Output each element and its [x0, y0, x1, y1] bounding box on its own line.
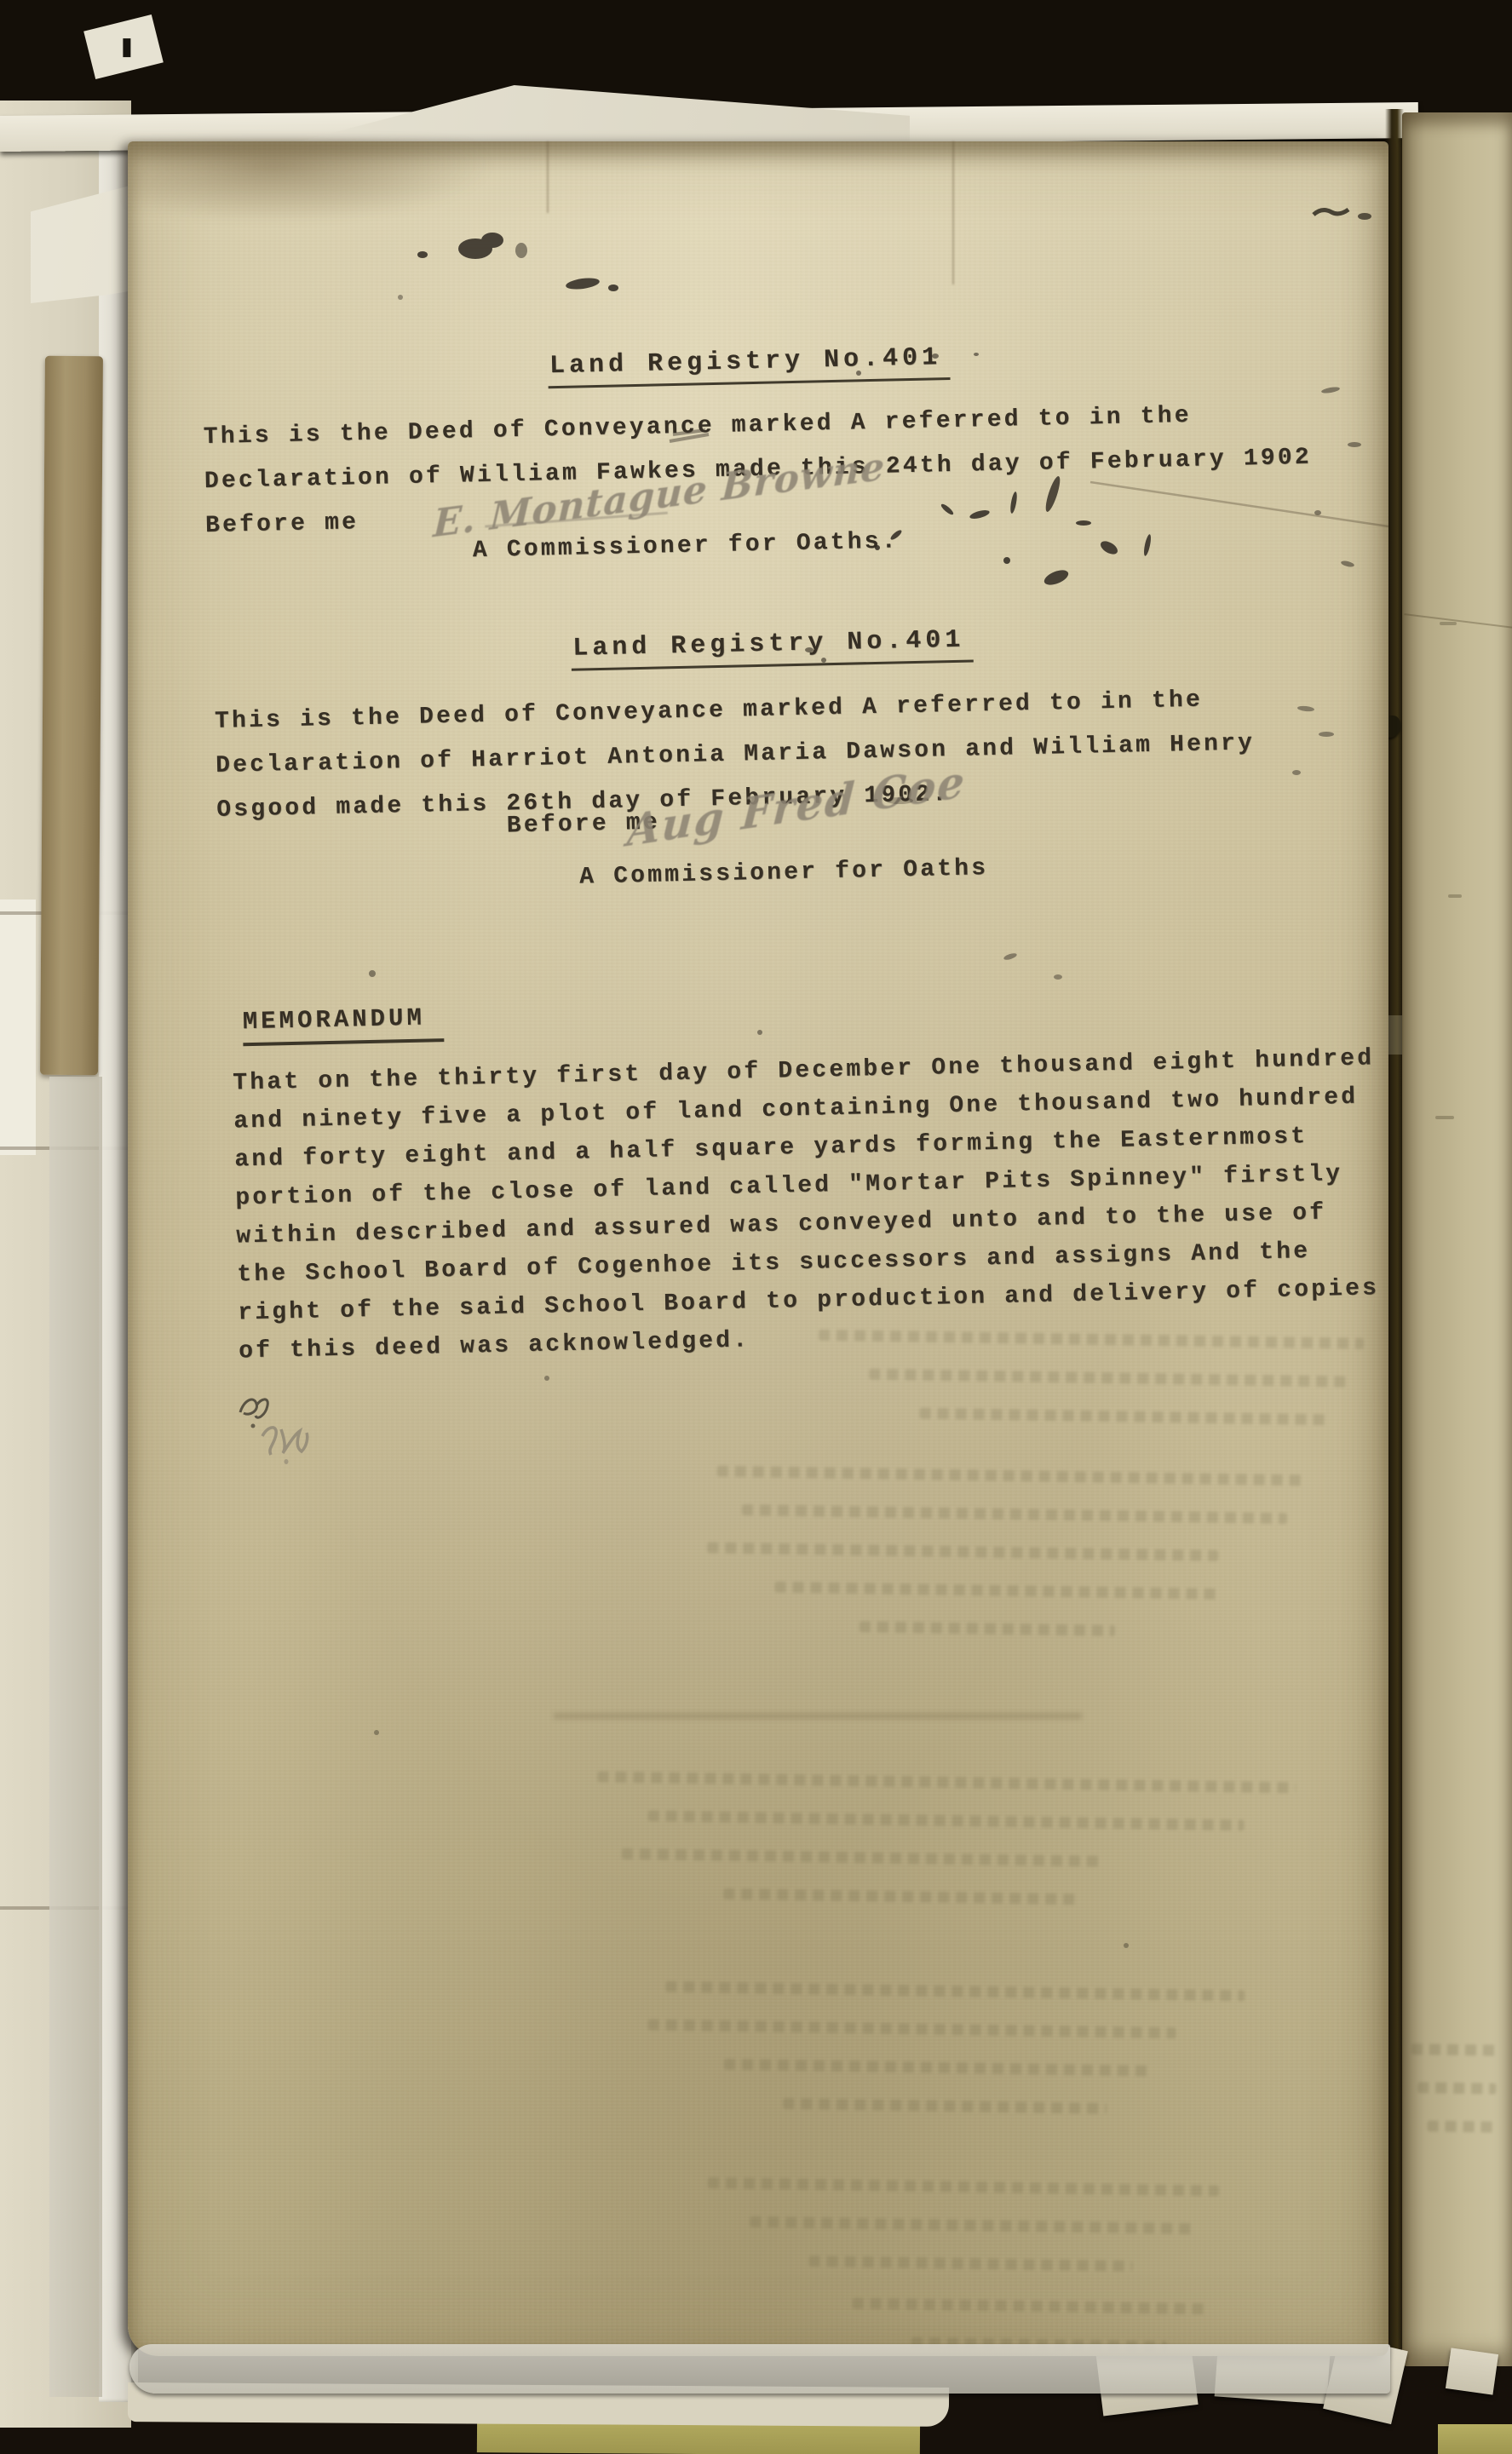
- scanned-deed-spread: Land Registry No.401 This is the Deed of…: [0, 0, 1512, 2454]
- grey-tape-strip: [49, 1077, 102, 2397]
- brown-kraft-tape: [40, 356, 103, 1075]
- scratch-mark: [1404, 613, 1512, 629]
- left-backing-paper: [0, 101, 131, 2428]
- showthrough-ghost-text: [705, 1465, 1313, 1666]
- pencil-dash: [1435, 1116, 1454, 1119]
- bottom-tape-border: [129, 2344, 1390, 2394]
- facing-page: [1402, 112, 1512, 2366]
- land-registry-heading-2: Land Registry No.401: [571, 625, 974, 670]
- deed-document-page: Land Registry No.401 This is the Deed of…: [128, 141, 1388, 2356]
- memorandum-heading: MEMORANDUM: [242, 1003, 444, 1046]
- paper-fragment: [1446, 2348, 1498, 2394]
- commissioner-line-2: A Commissioner for Oaths: [579, 855, 989, 890]
- showthrough-ghost-text: [647, 1981, 1245, 2144]
- showthrough-ghost-text: [706, 2177, 1236, 2301]
- pencil-dash: [1440, 622, 1457, 625]
- land-registry-heading-1: Land Registry No.401: [548, 343, 951, 388]
- under-board-surface: [1438, 2424, 1512, 2454]
- pencil-dash: [1448, 894, 1462, 898]
- left-paper-highlight: [0, 899, 36, 1155]
- showthrough-ghost-text: [595, 1771, 1314, 1935]
- showthrough-ghost-text: [1410, 2043, 1507, 2160]
- top-left-paper-scrap: [83, 14, 164, 79]
- memorandum-paragraph: That on the thirty first day of December…: [233, 1039, 1381, 1371]
- ink-mark: [123, 38, 130, 57]
- showthrough-ghost-text: [817, 1330, 1381, 1453]
